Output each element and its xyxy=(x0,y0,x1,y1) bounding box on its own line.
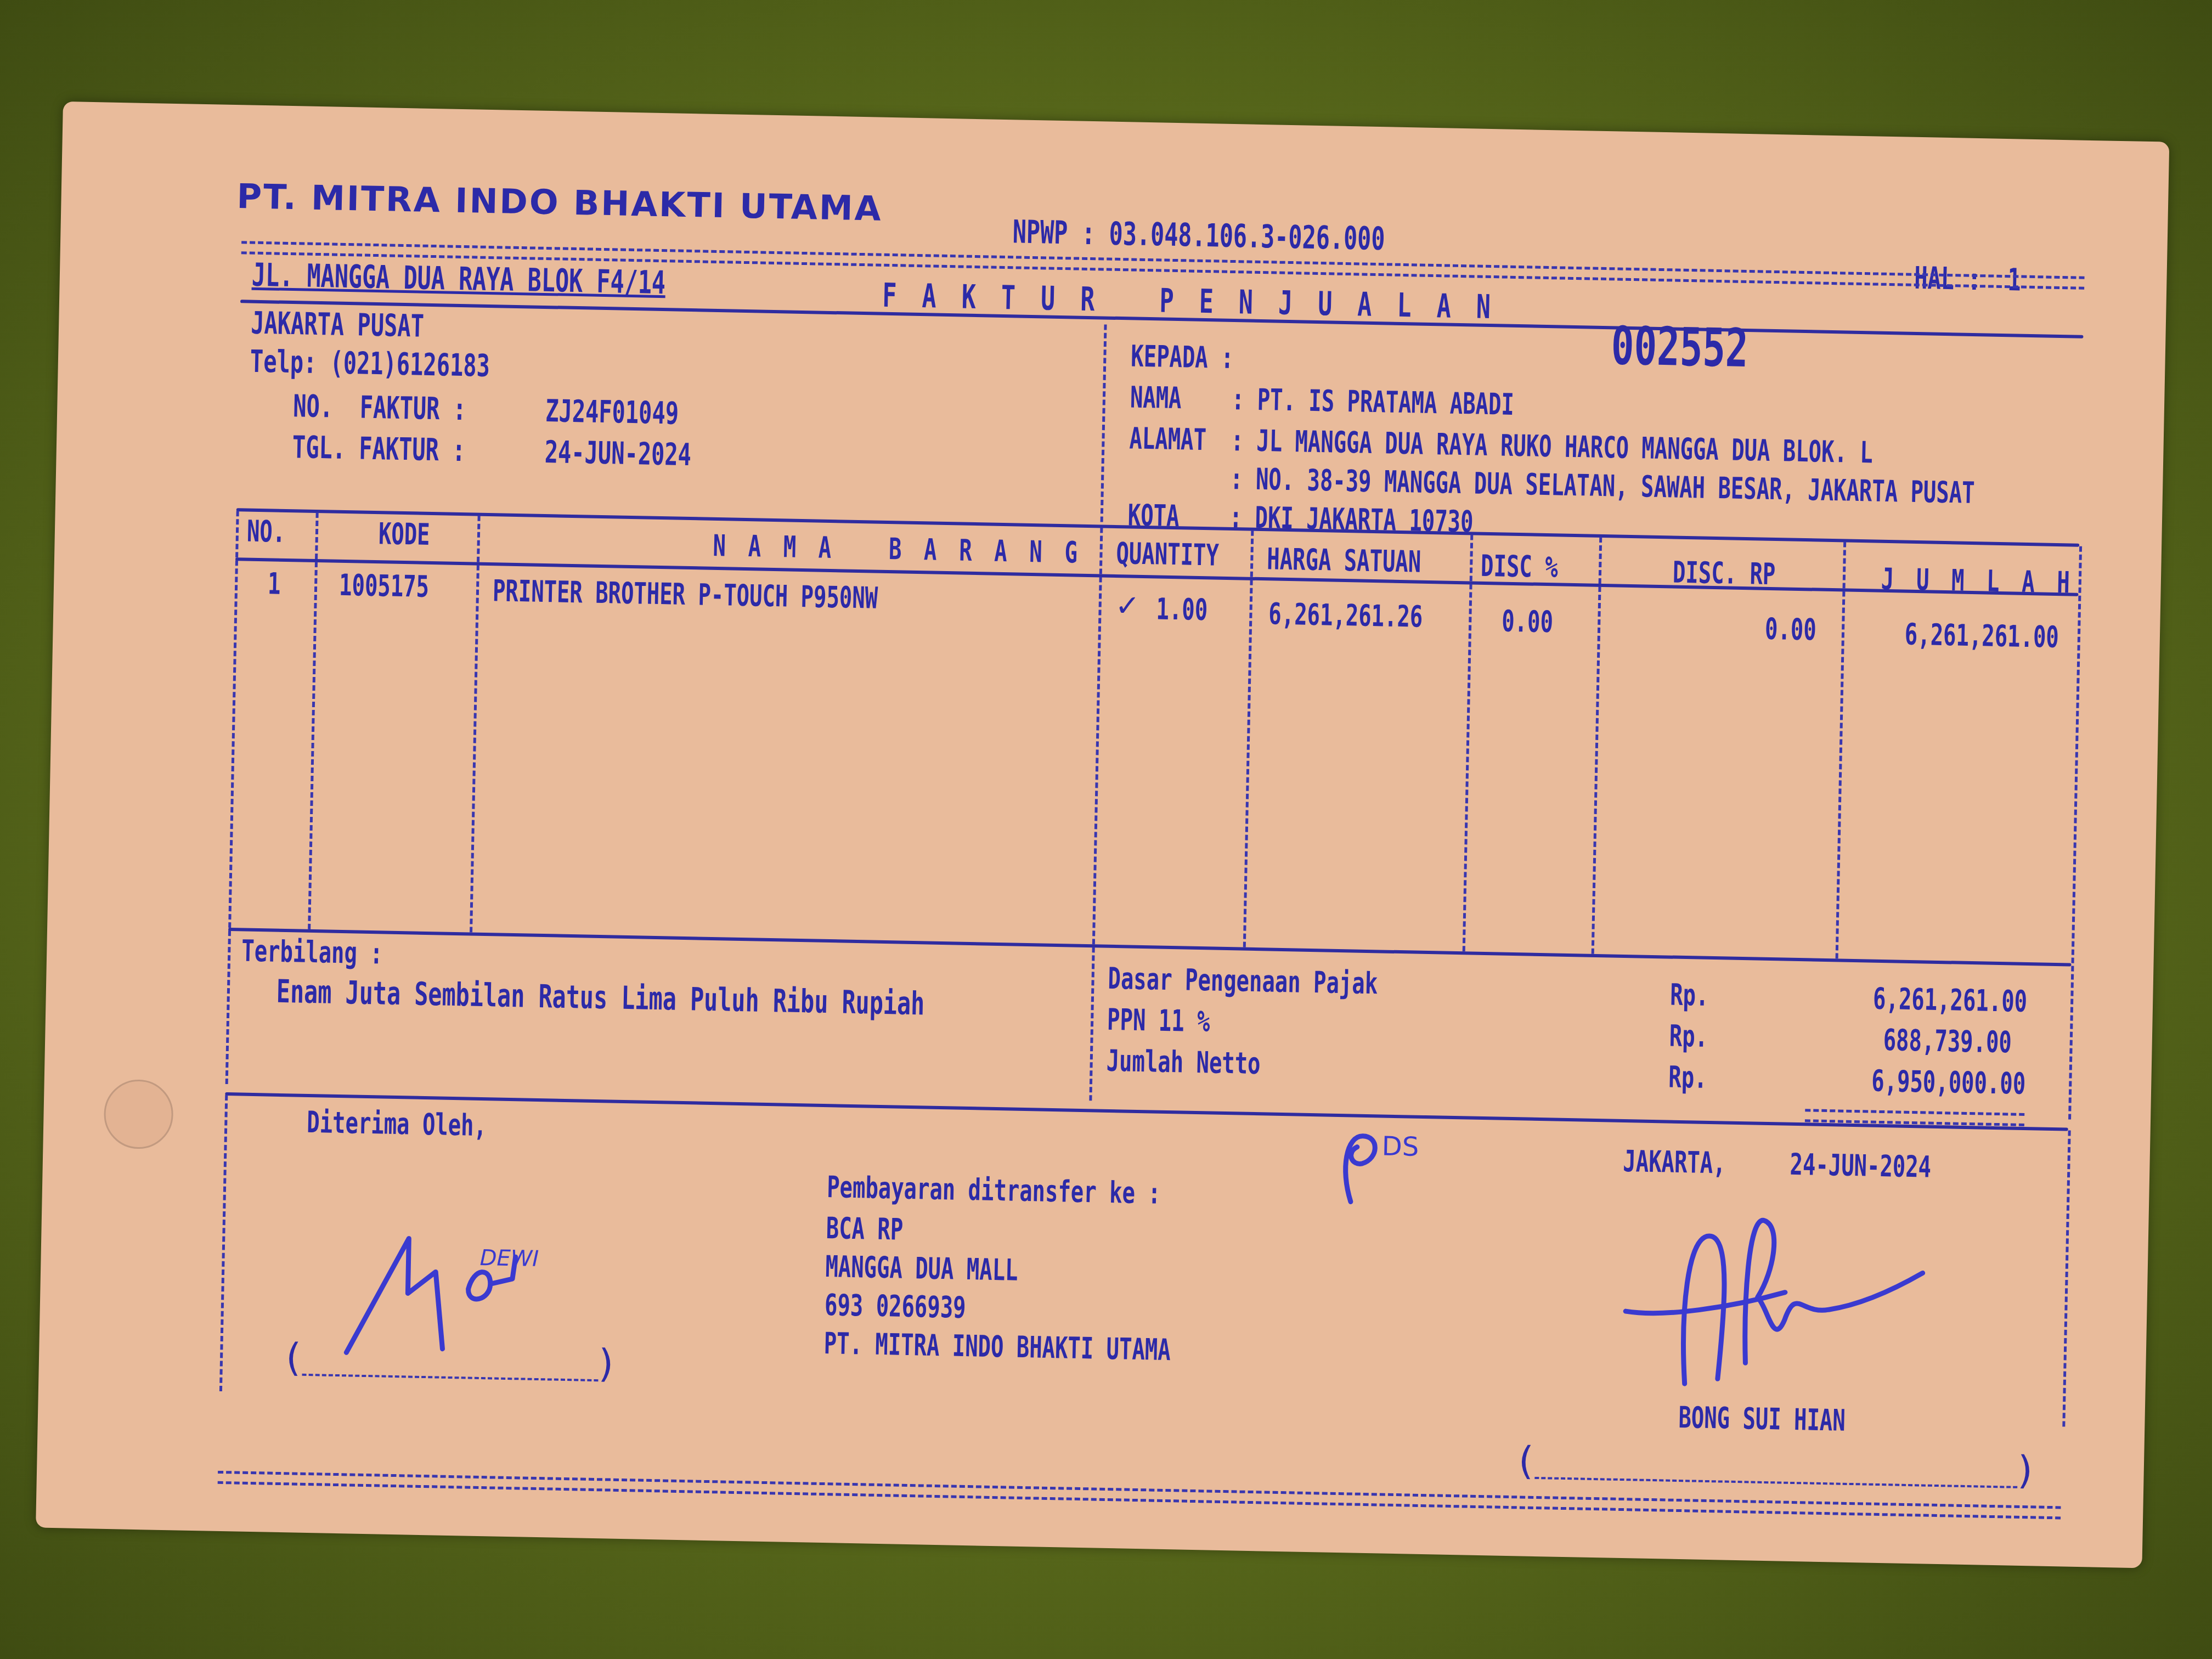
issuer-sig-close: ) xyxy=(2017,1448,2033,1493)
col-sep xyxy=(1592,537,1602,954)
invoice-no-label: NO. FAKTUR : xyxy=(293,388,467,427)
summary-divider xyxy=(1089,947,1094,1101)
summary-amount: 688,739.00 xyxy=(1883,1023,2012,1059)
col-sep xyxy=(1243,531,1254,947)
company-phone: Telp: (021)6126183 xyxy=(250,344,490,384)
summary-right-border xyxy=(2068,966,2074,1120)
company-address-line1: JL. MANGGA DUA RAYA BLOK F4/14 xyxy=(251,256,665,301)
summary-currency: Rp. xyxy=(1670,978,1709,1013)
account-name: PT. MITRA INDO BHAKTI UTAMA xyxy=(823,1326,1171,1367)
summary-currency: Rp. xyxy=(1668,1060,1707,1095)
issuer-signature xyxy=(1618,1201,1951,1416)
row-nama-barang: PRINTER BROTHER P-TOUCH P950NW xyxy=(492,573,878,615)
issuer-sig-line xyxy=(1534,1477,2017,1488)
row-no: 1 xyxy=(268,566,281,601)
summary-bottom-rule xyxy=(225,1092,2068,1131)
binding-hole xyxy=(103,1079,173,1149)
customer-address-label: ALAMAT xyxy=(1129,421,1207,457)
in-words-label: Terbilang : xyxy=(241,934,383,971)
invoice-paper: PT. MITRA INDO BHAKTI UTAMA NPWP : 03.04… xyxy=(36,101,2169,1568)
header-no: NO. xyxy=(246,514,285,549)
col-sep xyxy=(308,512,319,929)
row-disc-pct: 0.00 xyxy=(1502,604,1554,640)
col-sep xyxy=(470,516,481,933)
summary-amount: 6,261,261.00 xyxy=(1873,981,2028,1019)
row-jumlah: 6,261,261.00 xyxy=(1904,617,2059,654)
company-address-line2: JAKARTA PUSAT xyxy=(251,306,425,345)
customer-name: : PT. IS PRATAMA ABADI xyxy=(1231,382,1514,422)
col-sep xyxy=(1092,527,1103,944)
account-number: 693 0266939 xyxy=(825,1288,967,1325)
invoice-date-label: TGL. FAKTUR : xyxy=(292,430,466,469)
summary-currency: Rp. xyxy=(1669,1019,1708,1054)
table-row: 1 1005175 PRINTER BROTHER P-TOUCH P950NW… xyxy=(63,101,2169,142)
check-mark-icon: ✓ xyxy=(1115,588,1140,623)
company-name: PT. MITRA INDO BHAKTI UTAMA xyxy=(236,176,883,229)
summary-label: PPN 11 % xyxy=(1107,1002,1210,1039)
header-nama-barang: N A M A B A R A N G xyxy=(713,528,1082,570)
row-disc-rp: 0.00 xyxy=(1765,612,1817,647)
signatory-name: BONG SUI HIAN xyxy=(1678,1400,1846,1438)
receiver-sig-line xyxy=(302,1374,598,1381)
header-harga-satuan: HARGA SATUAN xyxy=(1267,541,1421,579)
summary-label: Jumlah Netto xyxy=(1106,1043,1261,1081)
payment-label: Pembayaran ditransfer ke : xyxy=(827,1170,1161,1211)
table-header-row: NO. KODE N A M A B A R A N G QUANTITY HA… xyxy=(63,101,2169,142)
receiver-signature xyxy=(324,1204,558,1373)
row-harga-satuan: 6,261,261.26 xyxy=(1268,596,1423,634)
receiver-sig-close: ) xyxy=(598,1341,614,1386)
row-kode: 1005175 xyxy=(339,568,430,604)
col-sep xyxy=(1836,541,1847,958)
footer-left-border xyxy=(219,1095,228,1391)
col-sep xyxy=(2072,546,2083,963)
serial-number: 002552 xyxy=(1611,315,1749,379)
summary-label: Dasar Pengenaan Pajak xyxy=(1108,961,1378,1001)
to-label: KEPADA : xyxy=(1131,338,1234,375)
receiver-sig-open: ( xyxy=(285,1335,301,1380)
invoice-date: 24-JUN-2024 xyxy=(544,435,691,473)
header-kode: KODE xyxy=(378,516,430,552)
npwp: NPWP : 03.048.106.3-026.000 xyxy=(1012,213,1385,257)
place-date: JAKARTA, 24-JUN-2024 xyxy=(1623,1144,1932,1184)
customer-divider xyxy=(1101,325,1107,522)
bank-name: BCA RP xyxy=(826,1211,904,1247)
footer-right-border xyxy=(2062,1131,2070,1427)
handwritten-note: DS xyxy=(1381,1131,1419,1163)
bank-branch: MANGGA DUA MALL xyxy=(825,1249,1018,1288)
footer-double-line xyxy=(218,1471,2061,1519)
table-bottom-rule xyxy=(228,928,2071,967)
in-words: Enam Juta Sembilan Ratus Lima Puluh Ribu… xyxy=(276,973,925,1023)
issuer-sig-open: ( xyxy=(1518,1438,1534,1483)
row-quantity: 1.00 xyxy=(1156,591,1208,627)
received-by-label: Diterima Oleh, xyxy=(307,1105,487,1143)
invoice-no: ZJ24F01049 xyxy=(545,393,679,432)
col-sep xyxy=(1463,534,1474,951)
receiver-signature-note: DEWI xyxy=(479,1245,539,1272)
header-disc-pct: DISC % xyxy=(1481,549,1559,585)
summary-amount: 6,950,000.00 xyxy=(1871,1064,2026,1101)
customer-name-label: NAMA xyxy=(1130,380,1182,415)
col-sep xyxy=(228,511,239,928)
header-quantity: QUANTITY xyxy=(1116,536,1219,573)
summary-left-border xyxy=(225,930,231,1084)
